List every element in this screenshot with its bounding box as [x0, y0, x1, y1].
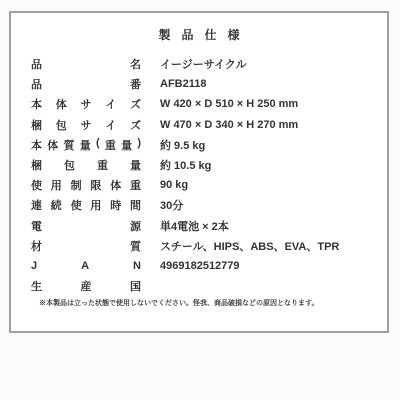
- spec-sheet-box: 製品仕様 品名イージーサイクル品番AFB2118本体サイズW 420 × D 5…: [9, 11, 389, 333]
- spec-row: 品番AFB2118: [11, 74, 387, 94]
- spec-row: 梱包サイズW 470 × D 340 × H 270 mm: [11, 115, 387, 135]
- spec-value: 4969182512779: [160, 260, 240, 272]
- spec-value: イージーサイクル: [160, 56, 246, 72]
- spec-value: W 470 × D 340 × H 270 mm: [160, 119, 298, 131]
- spec-label: 使用制限体重: [31, 177, 141, 193]
- spec-value: 約 10.5 kg: [160, 157, 211, 173]
- spec-row: 使用制限体重90 kg: [11, 175, 387, 195]
- spec-value: 約 9.5 kg: [160, 137, 205, 153]
- spec-row: 材質スチール、HIPS、ABS、EVA、TPR: [11, 236, 387, 256]
- spec-label: 品名: [31, 56, 141, 72]
- spec-label: 電源: [31, 218, 141, 234]
- spec-label: 材質: [31, 238, 141, 254]
- spec-table: 品名イージーサイクル品番AFB2118本体サイズW 420 × D 510 × …: [11, 54, 387, 296]
- spec-label: 梱包重量: [31, 157, 141, 173]
- spec-value: 単4電池 × 2本: [160, 218, 229, 234]
- spec-label: 本体質量(重量): [31, 137, 141, 153]
- spec-value: 30分: [160, 197, 183, 213]
- spec-label: JAN: [31, 260, 141, 272]
- page: { "title": "製品仕様", "spec_table": { "rows…: [0, 0, 400, 400]
- spec-row: 電源単4電池 × 2本: [11, 216, 387, 236]
- footnote: ※本製品は立った状態で使用しないでください。怪我、商品破損などの原因となります。: [39, 298, 318, 308]
- spec-label: 連続使用時間: [31, 197, 141, 213]
- spec-label: 梱包サイズ: [31, 117, 141, 133]
- spec-row: JAN4969182512779: [11, 256, 387, 276]
- spec-value: W 420 × D 510 × H 250 mm: [160, 98, 298, 110]
- spec-row: 梱包重量約 10.5 kg: [11, 155, 387, 175]
- spec-value: 90 kg: [160, 179, 188, 191]
- spec-label: 品番: [31, 76, 141, 92]
- spec-row: 本体サイズW 420 × D 510 × H 250 mm: [11, 94, 387, 114]
- spec-value: スチール、HIPS、ABS、EVA、TPR: [160, 238, 339, 254]
- spec-row: 本体質量(重量)約 9.5 kg: [11, 135, 387, 155]
- spec-label: 生産国: [31, 278, 141, 294]
- page-title: 製品仕様: [11, 26, 387, 43]
- spec-value: AFB2118: [160, 78, 206, 90]
- spec-row: 連続使用時間30分: [11, 195, 387, 215]
- spec-label: 本体サイズ: [31, 96, 141, 112]
- spec-row: 品名イージーサイクル: [11, 54, 387, 74]
- spec-row: 生産国: [11, 276, 387, 296]
